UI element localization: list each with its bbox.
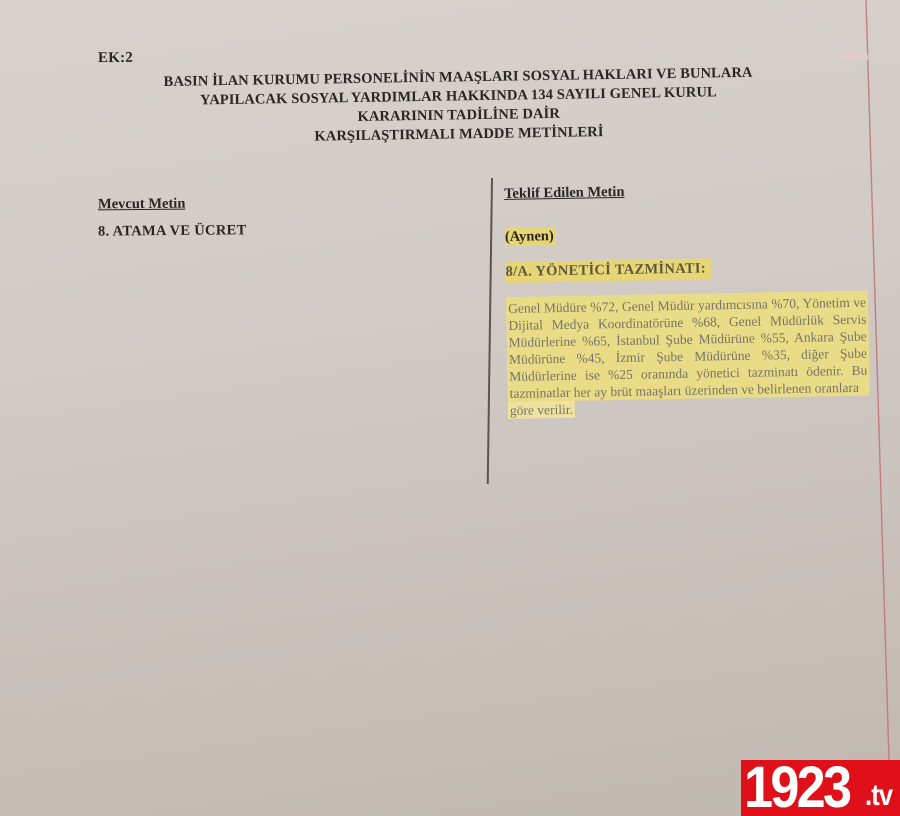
anka-watermark: anka: [839, 49, 869, 63]
channel-logo: 1923 .tv: [741, 760, 900, 816]
document-page: EK:2 BASIN İLAN KURUMU PERSONELİNİN MAAŞ…: [0, 0, 900, 816]
section-body: Genel Müdüre %72, Genel Müdür yardımcısı…: [506, 291, 870, 419]
document-title: BASIN İLAN KURUMU PERSONELİNİN MAAŞLARI …: [100, 63, 817, 150]
proposed-text-column: Teklif Edilen Metin (Aynen) 8/A. YÖNETİC…: [504, 180, 870, 419]
column-divider: [487, 178, 493, 484]
current-text-heading: Mevcut Metin: [98, 196, 186, 214]
section-title: 8/A. YÖNETİCİ TAZMİNATI:: [505, 258, 712, 283]
current-text-item: 8. ATAMA VE ÜCRET: [98, 222, 247, 240]
logo-number: 1923: [744, 760, 849, 816]
highlighted-paragraph: Genel Müdüre %72, Genel Müdür yardımcısı…: [506, 291, 870, 402]
paragraph-last-line: göre verilir.: [508, 401, 575, 419]
annex-label: EK:2: [98, 50, 133, 67]
proposed-text-heading: Teklif Edilen Metin: [504, 180, 866, 203]
unchanged-note: (Aynen): [505, 227, 556, 246]
logo-suffix: .tv: [865, 778, 892, 814]
